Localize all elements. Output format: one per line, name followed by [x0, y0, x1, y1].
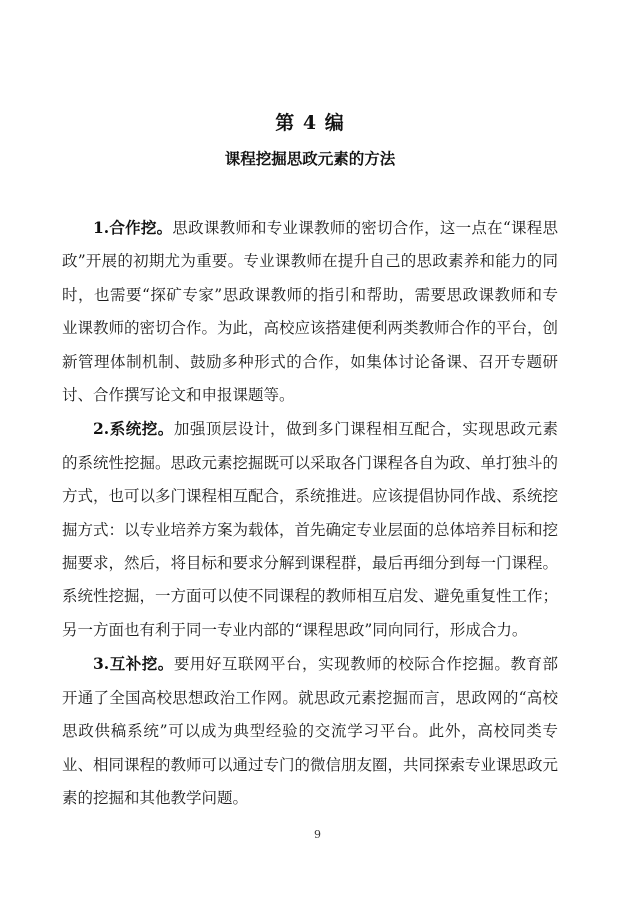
part-title: 第 4 编	[62, 108, 558, 135]
paragraph-text: 思政课教师和专业课教师的密切合作，这一点在“课程思政”开展的初期尤为重要。专业课…	[62, 219, 558, 404]
paragraph-text: 要用好互联网平台，实现教师的校际合作挖掘。教育部开通了全国高校思想政治工作网。就…	[62, 655, 558, 807]
paragraph: 2.系统挖。加强顶层设计，做到多门课程相互配合，实现思政元素的系统性挖掘。思政元…	[62, 412, 558, 647]
paragraph-lead: 2.系统挖。	[93, 419, 174, 438]
paragraph-text: 加强顶层设计，做到多门课程相互配合，实现思政元素的系统性挖掘。思政元素挖掘既可以…	[62, 420, 558, 638]
document-page: 第 4 编 课程挖掘思政元素的方法 1.合作挖。思政课教师和专业课教师的密切合作…	[0, 0, 635, 898]
paragraph: 3.互补挖。要用好互联网平台，实现教师的校际合作挖掘。教育部开通了全国高校思想政…	[62, 647, 558, 815]
chapter-title: 课程挖掘思政元素的方法	[62, 147, 558, 169]
document-body: 1.合作挖。思政课教师和专业课教师的密切合作，这一点在“课程思政”开展的初期尤为…	[62, 211, 558, 815]
page-number: 9	[0, 828, 635, 841]
paragraph-lead: 1.合作挖。	[93, 218, 172, 237]
paragraph-lead: 3.互补挖。	[93, 654, 174, 673]
paragraph: 1.合作挖。思政课教师和专业课教师的密切合作，这一点在“课程思政”开展的初期尤为…	[62, 211, 558, 412]
